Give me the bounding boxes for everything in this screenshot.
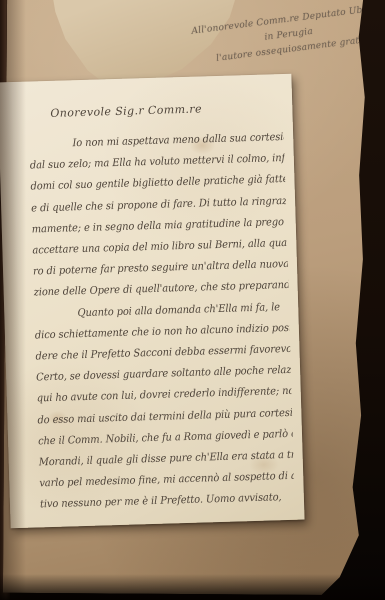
letter-body: Onorevole Sig.r Comm.re Io non mi aspett… [28, 100, 296, 519]
letter-sheet: Onorevole Sig.r Comm.re Io non mi aspett… [0, 74, 305, 529]
photo-background: All'onorevole Comm.re Deputato Ubaldi, i… [0, 0, 385, 600]
letter-text: Io non mi aspettava meno dalla sua corte… [29, 127, 295, 516]
letter-salutation: Onorevole Sig.r Comm.re [50, 100, 284, 120]
